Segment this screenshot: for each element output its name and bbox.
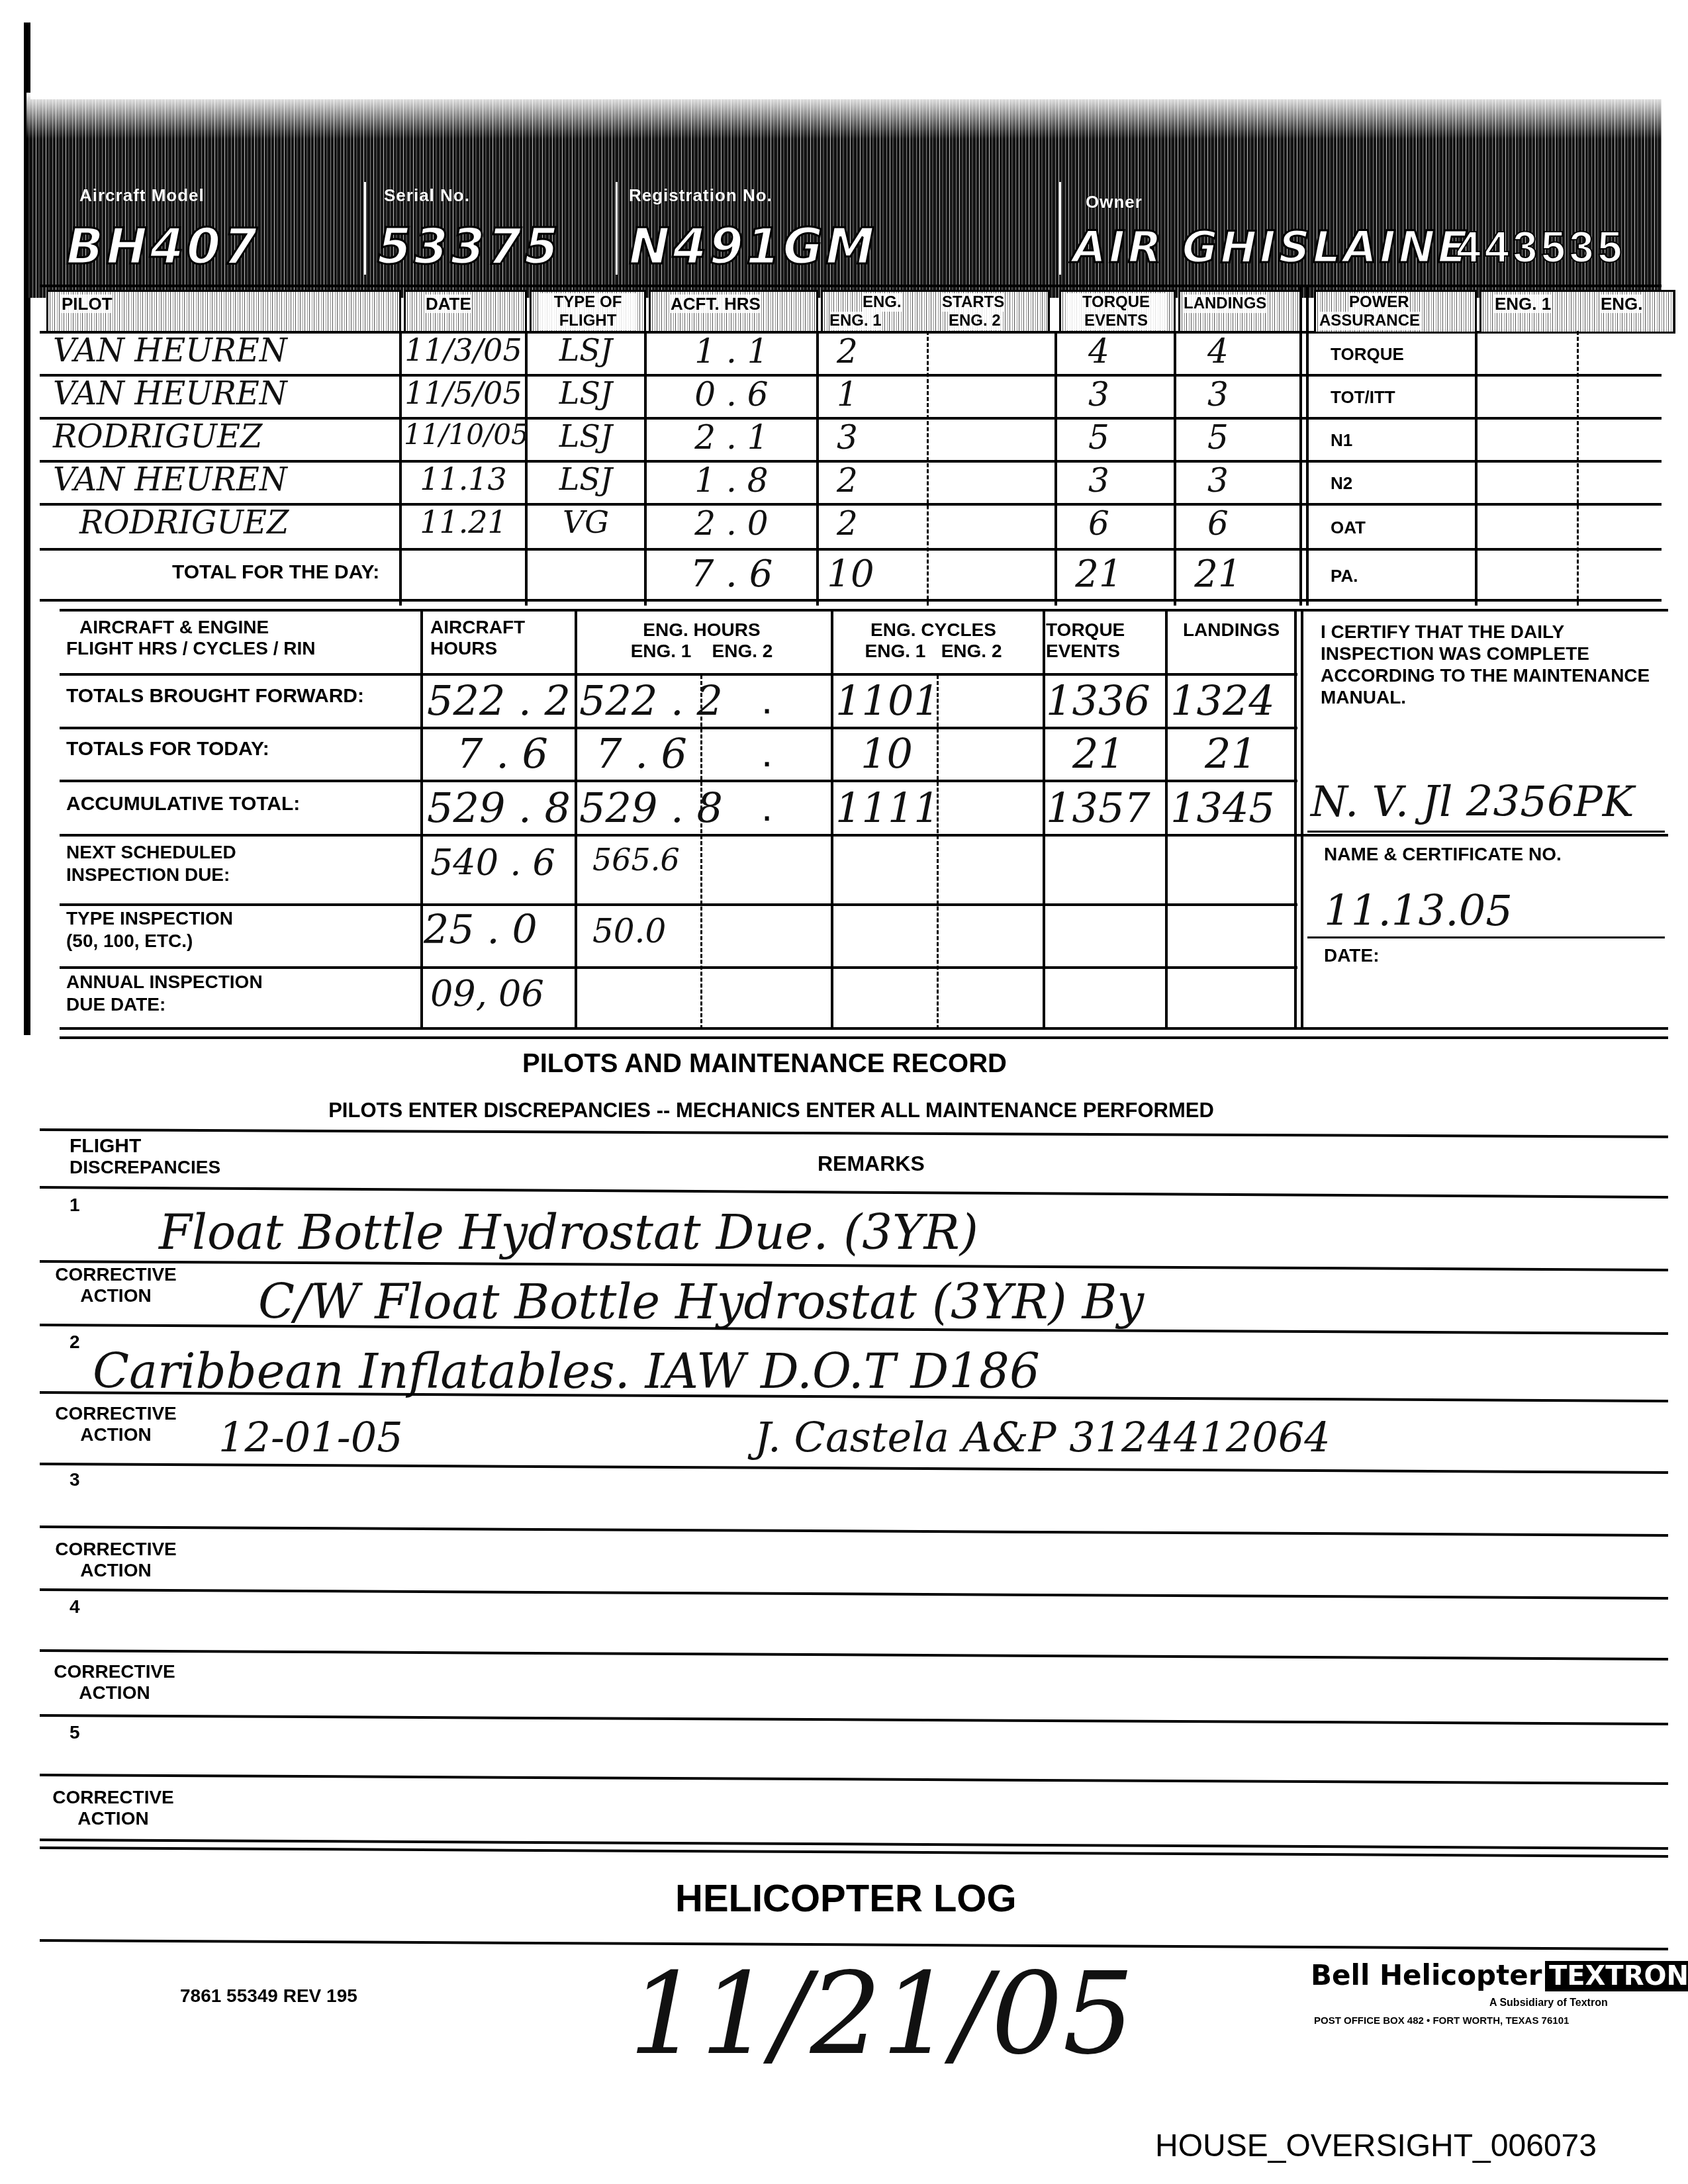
totals-title-2: FLIGHT HRS / CYCLES / RIN: [66, 638, 315, 659]
row-line: [60, 903, 1297, 906]
discrepancies-label: DISCREPANCIES: [70, 1157, 220, 1178]
rule: [60, 1036, 1668, 1039]
remarks-label: REMARKS: [818, 1152, 925, 1176]
grid-dash: [927, 331, 929, 606]
date-label: DATE:: [1324, 945, 1379, 966]
col-header-type-of-flight: TYPE OF FLIGHT: [530, 290, 646, 334]
certification-date-value[interactable]: 11.13.05: [1324, 887, 1513, 936]
col-header-acft-hrs: ACFT. HRS: [649, 290, 818, 334]
row-line: [60, 1027, 1668, 1030]
grid-line: [1174, 331, 1176, 606]
textron-box: TEXTRON: [1545, 1961, 1688, 1991]
pa-n1: N1: [1331, 430, 1352, 451]
serial-no-label: Serial No.: [384, 185, 470, 206]
divider: [364, 182, 366, 275]
pa-n2: N2: [1331, 473, 1352, 494]
grid-dash: [1577, 331, 1579, 606]
rule: [40, 1525, 1668, 1537]
col-header-date: DATE: [404, 290, 527, 334]
rule: [40, 1714, 1668, 1725]
aircraft-model-label: Aircraft Model: [79, 185, 205, 206]
grid-line: [816, 331, 819, 606]
pa-oat: OAT: [1331, 518, 1366, 538]
col-header-torque-events: TORQUE EVENTS: [1059, 290, 1176, 334]
col-head-eng-cycles: ENG. CYCLES: [834, 619, 1033, 641]
rule: [40, 1588, 1668, 1600]
maintenance-record-title: PILOTS AND MAINTENANCE RECORD: [0, 1049, 1609, 1079]
inspector-signature[interactable]: N. V. Jl 2356PK: [1311, 778, 1634, 827]
name-cert-label: NAME & CERTIFICATE NO.: [1324, 844, 1562, 865]
grid-line: [1301, 609, 1303, 1029]
col-header-eng-starts: ENG. STARTS ENG. 1 ENG. 2: [821, 290, 1050, 334]
serial-no-value: 53375: [377, 218, 561, 275]
col-header-pilot: PILOT: [46, 290, 401, 334]
col-head-landings: LANDINGS: [1168, 619, 1294, 641]
col-head-torque: TORQUE: [1046, 619, 1158, 641]
mechanic-signature[interactable]: J. Castela A&P 3124412064: [755, 1413, 1331, 1461]
flight-label: FLIGHT: [70, 1135, 141, 1158]
rule: [40, 1186, 1668, 1199]
rule: [40, 1128, 1668, 1138]
address-text: POST OFFICE BOX 482 • FORT WORTH, TEXAS …: [1314, 2015, 1569, 2026]
stamp-number: 443535: [1456, 222, 1626, 272]
scan-noise-fade: [26, 93, 1662, 139]
certification-text: I CERTIFY THAT THE DAILY INSPECTION WAS …: [1321, 621, 1665, 708]
registration-no-value: N491GM: [629, 218, 877, 275]
col-head-eng-hours: ENG. HOURS: [576, 619, 827, 641]
maintenance-record-subtitle: PILOTS ENTER DISCREPANCIES -- MECHANICS …: [0, 1099, 1615, 1122]
row-line: [40, 599, 1662, 602]
owner-label: Owner: [1086, 192, 1143, 212]
divider: [616, 182, 618, 275]
date-line: [1307, 936, 1665, 938]
grid-line: [644, 331, 647, 606]
pa-tot-itt: TOT/ITT: [1331, 387, 1395, 408]
registration-no-label: Registration No.: [629, 185, 773, 206]
col-header-landings: LANDINGS: [1178, 290, 1301, 334]
grid-line: [1475, 331, 1477, 606]
pa-torque: TORQUE: [1331, 344, 1404, 365]
rule: [40, 1463, 1668, 1474]
bell-helicopter-logo: Bell Helicopter TEXTRON: [1311, 1959, 1688, 1991]
brand-name: Bell Helicopter: [1311, 1959, 1542, 1991]
grid-line: [399, 331, 402, 606]
handwritten-date[interactable]: 11/21/05: [629, 1949, 1135, 2080]
corrective-action-text[interactable]: C/W Float Bottle Hydrostat (3YR) By: [258, 1274, 1144, 1330]
pa-pa: PA.: [1331, 566, 1358, 586]
power-assurance-header: POWER ASSURANCE: [1314, 290, 1477, 334]
rule: [60, 609, 1668, 612]
power-assurance-eng-header: ENG. 1 ENG.: [1479, 290, 1675, 334]
total-for-day-label: TOTAL FOR THE DAY:: [172, 561, 379, 584]
rule: [40, 1774, 1668, 1785]
row-line: [60, 673, 1297, 676]
subsidiary-text: A Subsidiary of Textron: [1489, 1997, 1608, 2009]
col-head-aircraft-hours: AIRCRAFT: [430, 617, 563, 638]
grid-line: [1055, 331, 1057, 606]
rule: [40, 1260, 1668, 1271]
bates-number: HOUSE_OVERSIGHT_006073: [1155, 2128, 1597, 2164]
corrective-action-date[interactable]: 12-01-05: [218, 1413, 403, 1461]
helicopter-log-title: HELICOPTER LOG: [675, 1876, 1017, 1921]
row-line: [40, 548, 1662, 551]
aircraft-model-value: BH407: [66, 218, 260, 275]
discrepancy-text[interactable]: Float Bottle Hydrostat Due. (3YR): [159, 1205, 978, 1260]
owner-value: AIR GHISLAINE: [1072, 222, 1470, 273]
rule: [40, 1649, 1668, 1661]
row-line: [60, 780, 1297, 782]
divider: [1059, 182, 1061, 275]
rule: [40, 285, 1662, 287]
form-number: 7861 55349 REV 195: [180, 1985, 357, 2007]
totals-title-1: AIRCRAFT & ENGINE: [79, 617, 269, 638]
signature-line: [1307, 831, 1665, 833]
row-line: [60, 834, 1668, 837]
row-line: [60, 966, 1297, 969]
discrepancy-text[interactable]: Caribbean Inflatables. IAW D.O.T D186: [93, 1343, 1040, 1399]
grid-line: [525, 331, 528, 606]
